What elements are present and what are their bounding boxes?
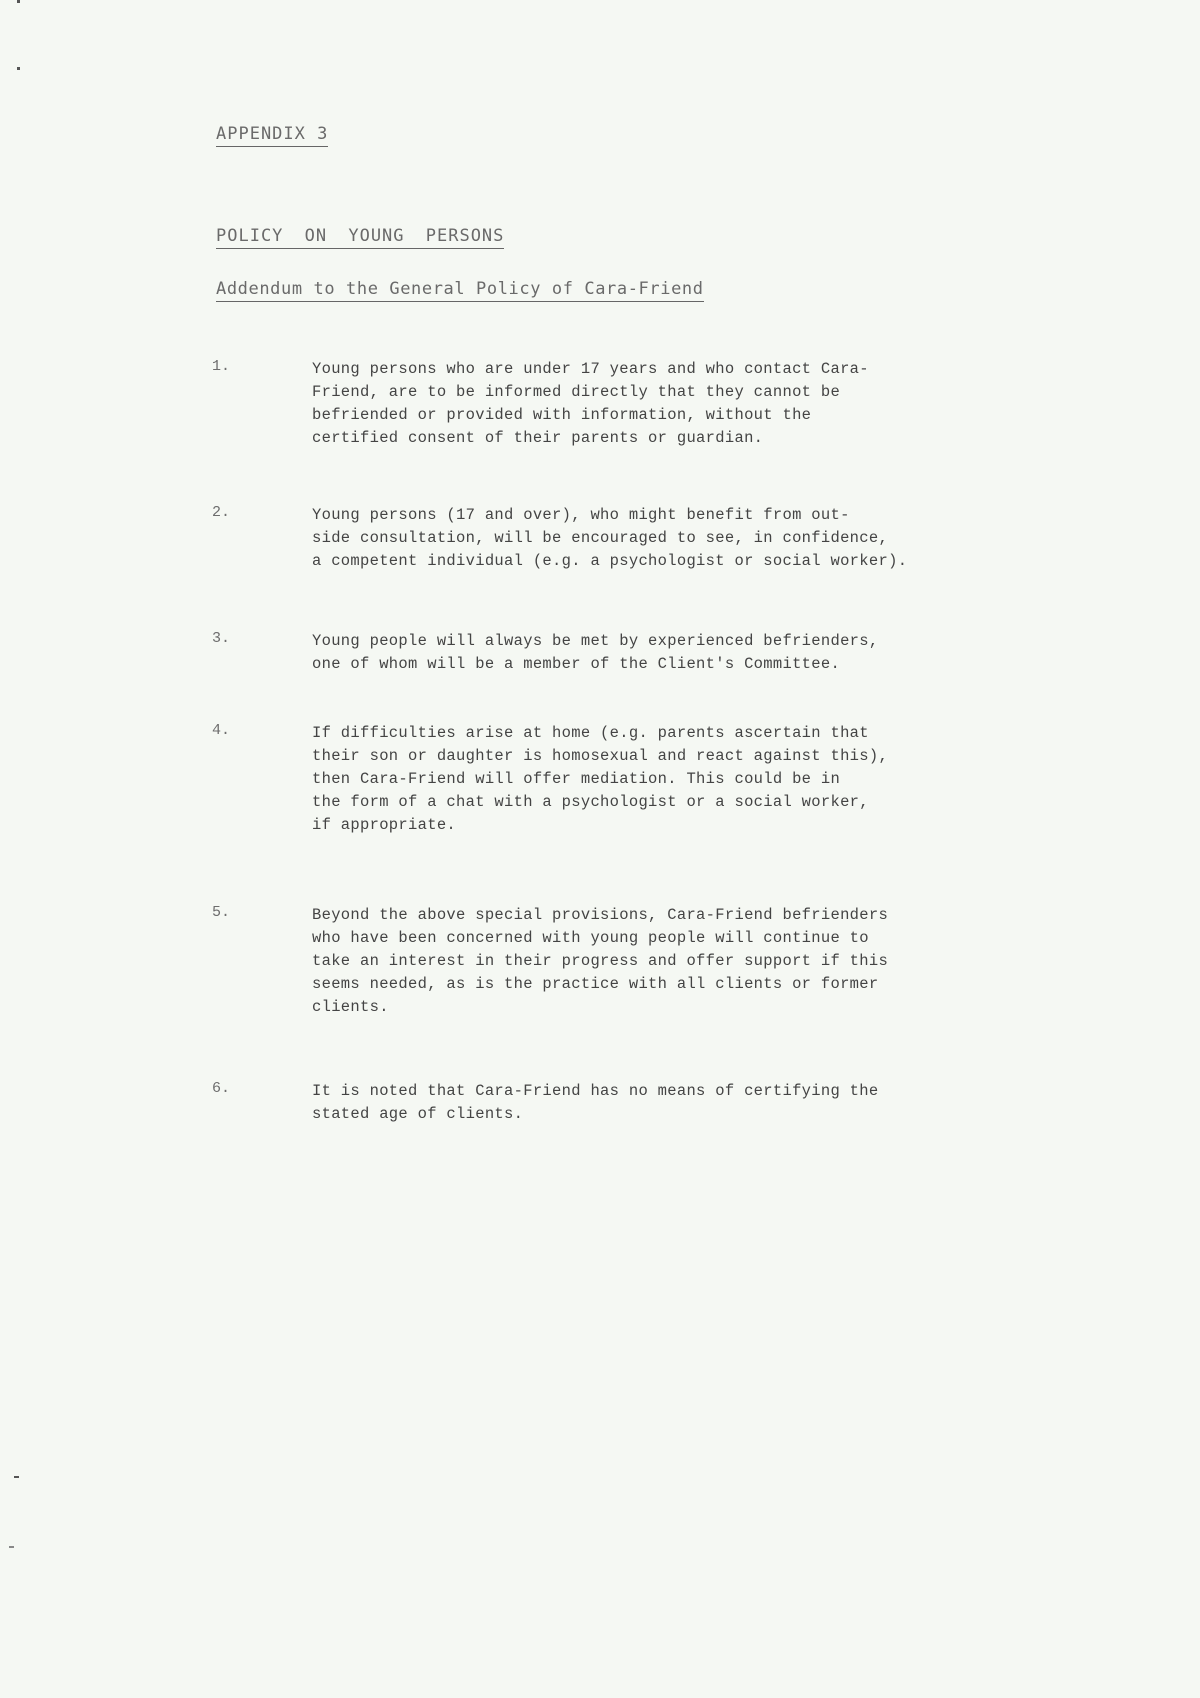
item-number: 2. bbox=[212, 504, 312, 573]
list-item: 3. Young people will always be met by ex… bbox=[212, 630, 1112, 676]
scan-speck bbox=[17, 0, 20, 3]
scan-speck bbox=[9, 1546, 14, 1548]
page-title-text: POLICY ON YOUNG PERSONS bbox=[216, 226, 504, 249]
scan-speck bbox=[14, 1476, 19, 1478]
appendix-label: APPENDIX 3 bbox=[216, 124, 328, 147]
item-number: 3. bbox=[212, 630, 312, 676]
scanned-page: APPENDIX 3 POLICY ON YOUNG PERSONS Adden… bbox=[0, 0, 1200, 1698]
item-text: Young people will always be met by exper… bbox=[312, 630, 1112, 676]
list-item: 5. Beyond the above special provisions, … bbox=[212, 904, 1112, 1019]
page-subtitle: Addendum to the General Policy of Cara-F… bbox=[216, 279, 704, 302]
item-number: 6. bbox=[212, 1080, 312, 1126]
list-item: 4. If difficulties arise at home (e.g. p… bbox=[212, 722, 1112, 837]
appendix-label-text: APPENDIX 3 bbox=[216, 124, 328, 147]
list-item: 2. Young persons (17 and over), who migh… bbox=[212, 504, 1112, 573]
item-text: If difficulties arise at home (e.g. pare… bbox=[312, 722, 1112, 837]
page-title: POLICY ON YOUNG PERSONS bbox=[216, 226, 504, 249]
list-item: 1. Young persons who are under 17 years … bbox=[212, 358, 1112, 450]
list-item: 6. It is noted that Cara-Friend has no m… bbox=[212, 1080, 1112, 1126]
item-text: Young persons who are under 17 years and… bbox=[312, 358, 1112, 450]
item-text: Beyond the above special provisions, Car… bbox=[312, 904, 1112, 1019]
item-number: 4. bbox=[212, 722, 312, 837]
item-text: Young persons (17 and over), who might b… bbox=[312, 504, 1112, 573]
item-number: 1. bbox=[212, 358, 312, 450]
page-subtitle-text: Addendum to the General Policy of Cara-F… bbox=[216, 279, 704, 302]
item-text: It is noted that Cara-Friend has no mean… bbox=[312, 1080, 1112, 1126]
item-number: 5. bbox=[212, 904, 312, 1019]
scan-speck bbox=[17, 67, 20, 70]
